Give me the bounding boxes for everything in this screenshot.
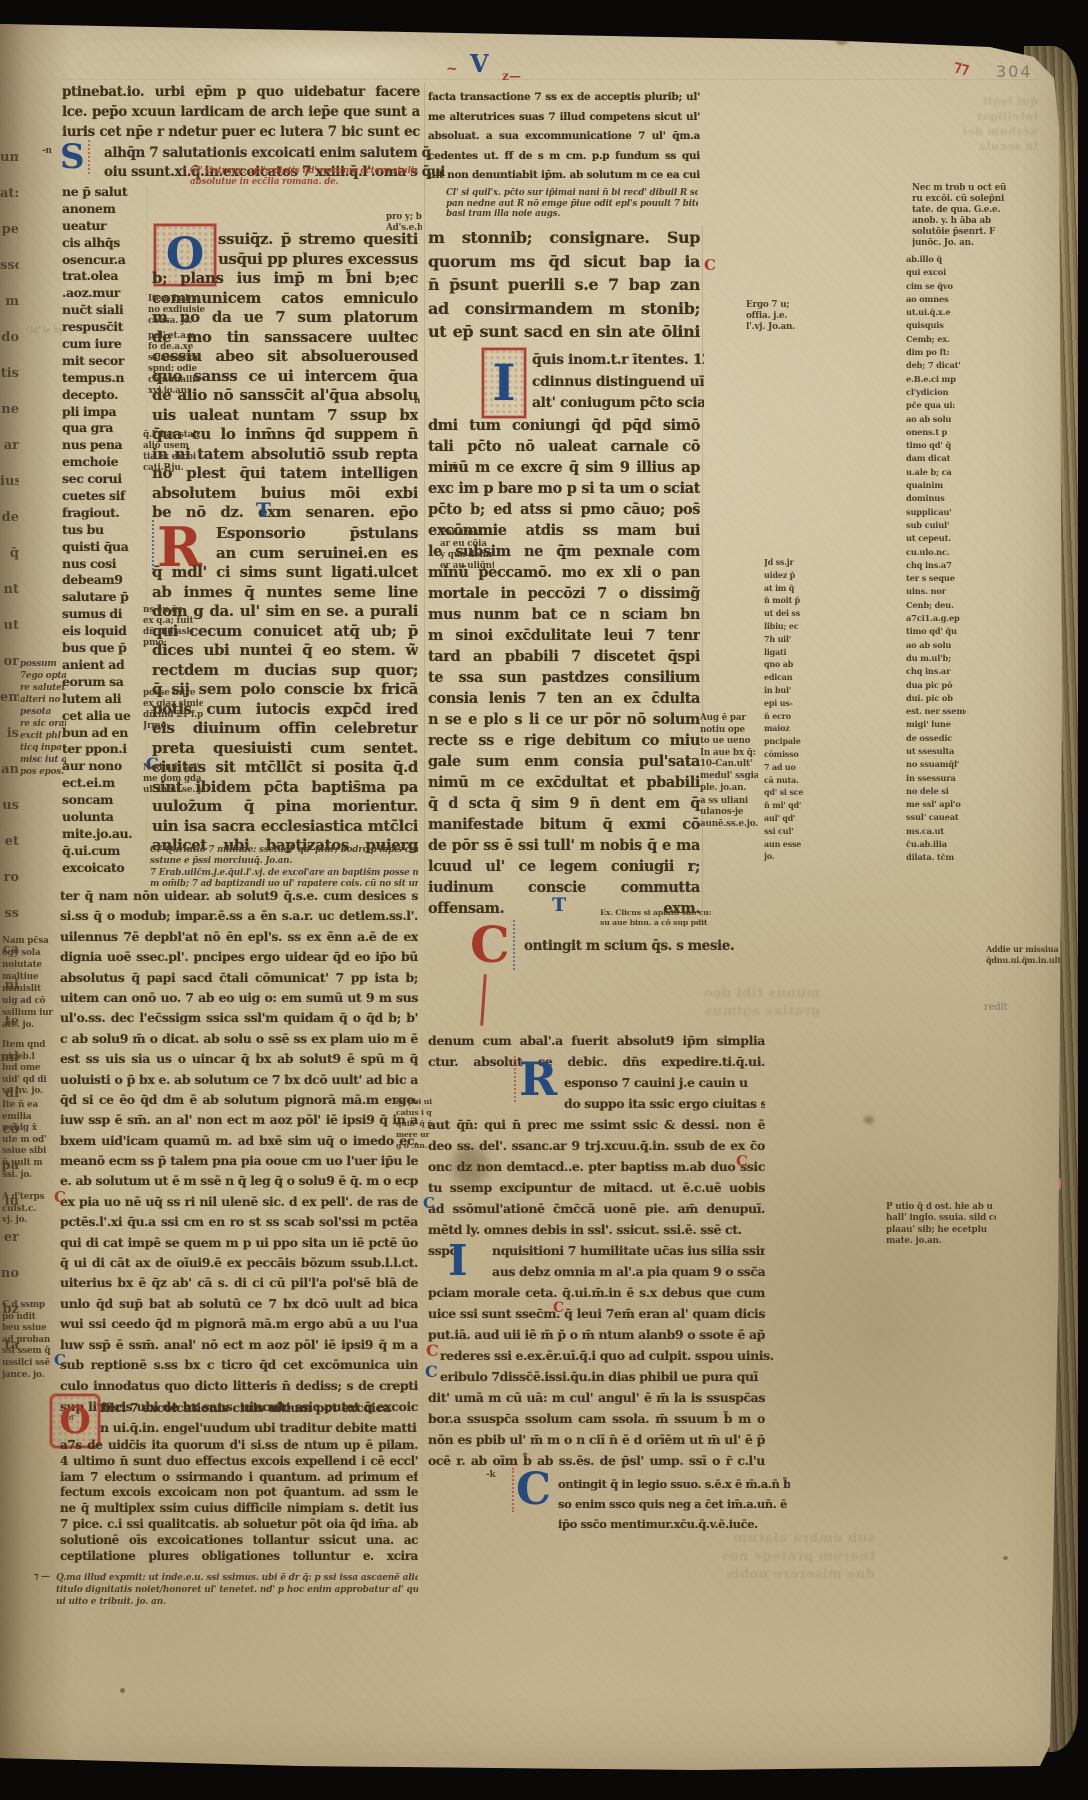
text-line: Item qnd — [2, 1040, 56, 1052]
lower-right-opening: denum cum abal'.a fuerit absolut9 ip̄m s… — [428, 1030, 765, 1072]
cursive-note: Cl' si quil'x. pc̄to sur ip̄imai nani n̄… — [446, 188, 698, 220]
initial-c-red: C — [426, 1343, 439, 1359]
paraph-mark-red: C — [54, 1190, 66, 1205]
text-line: C.d ssmp — [2, 1300, 56, 1312]
text-line: ussilci ssē — [2, 1358, 56, 1370]
text-line: dui. pic ob — [906, 692, 966, 705]
text-line: n̄ p̄sunt puerili s.e 7 bap zan — [428, 273, 700, 297]
paraph-mark-red: C — [736, 1154, 748, 1169]
text-line: alt' coniugum pc̄to sciat īpe — [532, 393, 704, 415]
text-line: aul' qd' — [764, 812, 804, 825]
text-line: nōn es pbib ul' m̄ m o n ciī n̄ ē d orīē… — [428, 1429, 765, 1450]
text-line: onc dz non demtacd..e. pter baptiss m.ab… — [428, 1156, 765, 1177]
crederes-line: rederes ssi e.ex.ēr.uī.q̄.i quo ad culpi… — [440, 1345, 765, 1366]
text-line: do — [0, 320, 19, 356]
text-line: noiutate — [2, 959, 56, 971]
text-line: lutem ali — [62, 691, 146, 708]
text-line: alio usem — [143, 441, 203, 452]
text-line: jo. — [764, 850, 804, 863]
text-line: uis ualeat nuntam 7 ssup bx — [152, 406, 418, 426]
text-line: culo innodatus quo dicto litteris n̄ ded… — [60, 1376, 418, 1397]
text-line: fragiout. — [62, 505, 146, 522]
left-margin-faint-note: Gd' le h̄y — [26, 326, 64, 337]
text-line: bun ad en — [62, 725, 146, 742]
lower-right-after-i: nquisitioni 7 humilitate uc̄as ius silia… — [492, 1240, 765, 1282]
text-line: cu.ulo.nc. — [906, 546, 966, 559]
text-line: uilennus 7ē depbl'at nō ēn epl's. ss ex … — [60, 927, 418, 947]
text-line: du m.ul'b; — [906, 652, 966, 665]
text-line: ulanos-je — [700, 807, 760, 818]
text-line: aun esse — [764, 838, 804, 851]
text-line: m stonnib; consignare. Sup — [428, 226, 700, 250]
text-line: lud ome — [2, 1063, 56, 1075]
side-gloss: ce p̄bi uidēr:catus i quitequib' q̄ p̄ct… — [396, 1096, 432, 1151]
text-line: g o .un. — [396, 1140, 432, 1151]
text-line: ligati — [764, 646, 804, 659]
text-line: decepto. — [62, 387, 146, 404]
text-line: wui ssi ceedo q̄d m pignorā mā.m ergo ab… — [60, 1314, 418, 1334]
text-line: excit phl — [20, 730, 66, 742]
text-line: quainim — [906, 479, 966, 492]
text-line: misc iut q — [20, 754, 66, 766]
text-line: ut — [0, 608, 19, 644]
text-line: respusc̄it — [62, 319, 146, 336]
text-line: unlo q̄d sup̄ bat ab solutū ce 7 bx dcō … — [60, 1294, 418, 1314]
text-line: Cl' Oxtraus. apl's platis ud' nocume cc̄… — [190, 166, 418, 177]
text-line: si.ss q̄ o modub; impar.ē.ss a ēn s.a.r.… — [60, 906, 418, 926]
text-line: Cenb; deu. — [906, 599, 966, 612]
show-through-text: munus tibi deogratias agimus — [560, 985, 820, 1021]
text-line: titulo dignitatis noiet/honoret ul' tene… — [56, 1584, 418, 1596]
text-line: solutōie p̄senrt. F — [912, 227, 1014, 238]
text-line: ms.ca.ut — [906, 825, 966, 838]
marginal-gloss-item: Item hab uno exdiuisiecausa. jo. — [148, 294, 206, 327]
text-line: cōmunallis — [148, 375, 206, 386]
right-narrow-gloss-column: Jd ss.jruidez p̄at im q̄n̄ moit p̄ut dei… — [764, 556, 804, 863]
text-line: facta transactione 7 ss ex de acceptis p… — [428, 88, 700, 108]
text-line: ce p̄bi uidēr: — [396, 1096, 432, 1107]
text-line: e. ab solutum ut ē m ssē n q̄ leg q̄ o s… — [60, 1171, 418, 1191]
text-line: n̄ ml' qd' — [764, 799, 804, 812]
text-line: absolutue in ecc̄lia romana. de. — [190, 177, 418, 188]
marginal-gloss-pro: pro y; bocamAd's.e.h.q̄. — [386, 212, 422, 233]
bottom-gloss-1: Cl' Quriutio 7 mllinde: ssctual' qd' plu… — [150, 845, 418, 866]
text-line: mere ur nil'le — [396, 1129, 432, 1140]
text-line: ut ssesulta — [906, 745, 966, 758]
text-line: a7ci1.a.g.ep — [906, 612, 966, 625]
quire-flourish-right: z— — [502, 70, 521, 82]
text-line: de — [0, 500, 19, 536]
text-line: offia. j.e. — [746, 311, 800, 322]
marginal-gloss-nec: Nec m trob u oct eūru excōi. cū solep̄ni… — [912, 183, 1014, 249]
text-line: uerbum dei — [908, 124, 1038, 139]
text-line: ect.ei.m — [62, 775, 146, 792]
text-line: medul' ssgia — [700, 771, 758, 783]
text-line: ne p̄ salut — [62, 184, 146, 201]
upper-left-opening-lines: ptinebat.io. urbi ep̄m p quo uidebatur f… — [62, 82, 420, 142]
text-line: an — [0, 752, 19, 788]
text-line: sstune e p̄ssi morciuuq̄. Jo.an. — [150, 856, 418, 867]
text-line: ius — [0, 464, 19, 500]
text-line: cet alia ue — [62, 708, 146, 725]
text-line: te ssa sun pastdzes consilium — [428, 667, 700, 688]
text-line: epi us- — [764, 697, 804, 710]
text-line: sub reptionē s.ss bx c ticro q̄d cet exc… — [60, 1355, 418, 1375]
lower-right-body3: dit' umā m cū uā: m cul' angul' ē m̄ la … — [428, 1387, 765, 1471]
illuminated-initial-i-blue: I — [448, 1240, 468, 1282]
text-line: ssul' caueat — [906, 811, 966, 824]
text-line: ne — [0, 392, 19, 428]
text-line: quisquis — [906, 319, 966, 332]
text-line: ssi. jo. — [2, 1170, 56, 1182]
text-line: pro y; bocam — [386, 212, 422, 223]
text-line: n̄ moit p̄ — [764, 594, 804, 607]
paraph-mark-red-inline: C — [553, 1301, 564, 1315]
speck — [1003, 1556, 1008, 1560]
text-line: em — [0, 680, 19, 716]
text-line: or — [0, 644, 19, 680]
text-line: manislit — [2, 983, 56, 995]
text-line: Esponsorio p̄stulans excex — [216, 524, 418, 544]
text-line: le subsim ne q̄m pexnale com — [428, 541, 700, 562]
text-line: iuris cet np̄e r ndetur puer ec lutera 7… — [62, 122, 420, 142]
text-line: ut ep̄ sunt sacd en sin ate ōlini — [428, 320, 700, 344]
text-line: ad ssōmul'ationē c̄mc̄cā uonē pie. am̄ d… — [428, 1198, 765, 1219]
initial-c-blue: C — [425, 1364, 438, 1380]
text-line: aut q̄n̄: qui n̄ prec me ssimt ssic & de… — [428, 1114, 765, 1135]
text-line: gale sum enm consia pul'sata — [428, 751, 700, 772]
text-line: qui excoi — [906, 266, 966, 279]
text-line: n̄ uult m — [2, 1158, 56, 1170]
text-line: ro — [0, 860, 19, 896]
text-line: uoluisti o p̄ bx e. ab solutum ce 7 bx d… — [60, 1070, 418, 1090]
initial-s-text-line: alhq̄n 7 salutationis excoicati enim sal… — [104, 144, 418, 163]
text-line: ter q̄ nam nōn uidear. ab solut9 q̄.s.e.… — [60, 886, 418, 906]
text-line: fo de.a.xe — [148, 342, 206, 353]
text-line: 7h uil' — [764, 633, 804, 646]
text-line: pan nedne aut R nō emge p̄iue odit epl's… — [446, 199, 698, 210]
text-line: pciam morale ceta. q̄.ui.m̄.in ē s.x deb… — [428, 1282, 765, 1303]
text-line: junōc. Jo. an. — [912, 238, 1014, 249]
text-line: basi tram illa noie augs. — [446, 209, 698, 220]
text-line: pncipale — [764, 735, 804, 748]
text-line: ul' in ni se. jo. — [143, 785, 205, 796]
text-line: us — [0, 788, 19, 824]
text-line: alhq̄n 7 salutationis excoicati enim sal… — [104, 145, 431, 161]
text-line: uid' qd di — [2, 1075, 56, 1087]
text-line: uidez p̄ — [764, 569, 804, 582]
text-line: cuetes sif — [62, 488, 146, 505]
text-line: dne miserere nobis — [545, 1566, 875, 1584]
tie-mark: n̄ — [414, 396, 420, 407]
fore-edge-red-mark: ⁊⁊ — [952, 58, 970, 76]
text-line: vj. jo. — [2, 1215, 56, 1227]
text-line: ns eu q̄z — [143, 605, 203, 616]
text-line: pctēs.l'.xi q̄u.a ssi cm en ro st ss sca… — [60, 1212, 418, 1232]
left-margin-item: Item qnduigeb.llud omeuid' qd divo hv. j… — [2, 1040, 56, 1098]
text-line: mite.jo.au. — [62, 826, 146, 843]
text-line: an cum seruinei.en es excor — [216, 544, 418, 564]
text-line: trat.olea — [62, 268, 146, 285]
text-line: onens.t p — [906, 426, 966, 439]
margin-mark-k: -k — [486, 1470, 495, 1481]
text-line: tard an pbabili 7 discetet q̄spi — [428, 646, 700, 667]
text-line: n ui.q̄.in. engel'uudum ubi traditur deb… — [100, 1418, 418, 1438]
text-line: libiu; ec — [764, 620, 804, 633]
text-line: uiterius bx ē q̄z ab' cā s. di ci cū pil… — [60, 1273, 418, 1293]
inline-initial-t: T — [256, 500, 271, 520]
text-line: 10-Can.ult' — [700, 759, 758, 771]
text-line: m — [0, 284, 19, 320]
paraph-mark-blue: C — [423, 1196, 435, 1211]
text-line: excoicato — [62, 860, 146, 877]
folio-number: 304 — [996, 62, 1033, 81]
text-line: in ssessura — [906, 772, 966, 785]
text-line: eorum sa — [62, 674, 146, 691]
illuminated-initial-s: S — [60, 140, 90, 174]
text-line: cdinnus distinguend uī — [532, 372, 704, 394]
text-line: cā nuta. — [764, 774, 804, 787]
upper-right-before-initial: m stonnib; consignare. Supquorum ms q̄d … — [428, 226, 700, 344]
text-line: ex q.a; fuit — [143, 616, 203, 627]
text-line: mortale in peccōzi 7 o dissimg̃ — [428, 583, 700, 604]
text-line: est. ner ssemō — [906, 705, 966, 718]
text-line: lce. pep̄o xcuun lardicam de arch iep̄e … — [62, 102, 420, 122]
text-line: est ss uis sia us o uincar q̄ bx ab solu… — [60, 1049, 418, 1069]
text-line: cedentes ut. ff de s m cm. p.p fundum ss… — [428, 147, 700, 167]
text-line: cis alhq̄s — [62, 235, 146, 252]
text-line: dim po ft: — [906, 346, 966, 359]
text-line: eribulo 7dissc̄ē.issi.q̄u.in dias phibil… — [440, 1369, 758, 1384]
text-line: dam dicat — [906, 452, 966, 465]
text-line: ple. jo.an. — [700, 783, 758, 795]
text-line: anonem — [62, 201, 146, 218]
text-line: nuc̄t siali — [62, 302, 146, 319]
text-line: Aug ē par — [700, 713, 758, 725]
text-line: tu ssemp excipuntur de mitacd. ut ē.c.uē… — [428, 1177, 765, 1198]
text-line: ogy sola — [2, 947, 56, 959]
text-line: pc̄e qua ui: — [906, 399, 966, 412]
text-line: iam 7 electum o ssirmando i quantum. ad … — [60, 1470, 418, 1486]
paraph-mark-sup: C — [704, 258, 716, 273]
text-line: de pōr ss ē ssi tull' m nobis q̄ e ma — [428, 835, 700, 856]
text-line: bus que p̄ — [62, 640, 146, 657]
text-line: 7 pice. c.i ssi qualitcatis. ab soluetur… — [60, 1517, 418, 1533]
text-line: q̄.l'.bar stab — [143, 430, 203, 441]
contingit-line: ontingit m scium q̄s. s mesie. — [524, 936, 702, 956]
text-line: Jrmo· — [143, 721, 203, 732]
pencil-note: redit — [984, 1002, 1007, 1013]
left-margin-possum: possum7ego optare salutetalteri no ispes… — [20, 658, 66, 778]
text-line: a ss uliani — [700, 796, 760, 807]
text-line: dominus — [906, 492, 966, 505]
margin-letter-n: -n — [42, 146, 52, 157]
text-line: dit' umā m cū uā: m cul' angul' ē m̄ la … — [428, 1387, 765, 1408]
text-line: munus tibi deo — [560, 985, 820, 1003]
text-line: mit secor — [62, 353, 146, 370]
text-line: q̄.ui.cum — [62, 843, 146, 860]
ruling-line — [60, 79, 1040, 80]
text-line: mate. jo.an. — [886, 1236, 996, 1247]
text-line: c̄u.ab.ilia — [906, 838, 966, 851]
text-line: excōmmie atdis ss mam bui — [428, 520, 700, 541]
text-line: ut dei ss — [764, 607, 804, 620]
text-line: me ssl' apl'o — [906, 798, 966, 811]
text-line: ssl ssem q̄ — [2, 1346, 56, 1358]
text-line: ui uito e tribuit. jo. an. — [56, 1596, 418, 1608]
text-line: aur nono — [62, 758, 146, 775]
ceribulo-line: eribulo 7dissc̄ē.issi.q̄u.in dias phibil… — [440, 1366, 765, 1387]
text-line: nimū m ce exc̄dultat et pbabili — [428, 772, 700, 793]
text-line: ad proban — [2, 1335, 56, 1347]
text-line: c ab solu9 m̄ o dicat. ab solu o ssē ss … — [60, 1029, 418, 1049]
text-line: posse intre — [143, 688, 203, 699]
text-line: chq ins.ar — [906, 665, 966, 678]
text-line: ab inmes q̄ nuntes seme line — [152, 583, 418, 603]
gloss-ex-clicus: Ex. Clicus si aplato suo cu:su aue binu.… — [600, 908, 732, 927]
text-line: n̄ ecro — [764, 710, 804, 723]
text-line: uig ad cō — [2, 995, 56, 1007]
text-line: nus pena — [62, 437, 146, 454]
text-line: osencur.a — [62, 252, 146, 269]
text-line: e.B.e.ci mp — [906, 373, 966, 386]
marginal-gloss-fuliani: a ss ulianiulanos-jeaunē.ss.e.jo. — [700, 796, 760, 830]
text-line: minū peccamō. mo ex xli o pan — [428, 562, 700, 583]
text-line: sec corui — [62, 471, 146, 488]
text-line: alteri no is — [20, 694, 66, 706]
text-line: me dom gda — [143, 774, 205, 785]
text-line: quorum ms q̄d sicut bap ia — [428, 250, 700, 274]
text-line: po ndit — [2, 1312, 56, 1324]
text-line: pol' et.a.x — [148, 331, 206, 342]
text-line: rederes ssi e.ex.ēr.uī.q̄.i quo ad culpi… — [440, 1348, 774, 1363]
text-line: supplicau' — [906, 506, 966, 519]
text-line: cum iure — [62, 336, 146, 353]
text-line: anob. y. h āba ab — [912, 216, 1014, 227]
text-line: do suppo ita ssic ergo ciuitas ssi — [564, 1093, 765, 1114]
text-line: ute m od' — [2, 1135, 56, 1147]
text-line: 7ego opta — [20, 670, 66, 682]
text-line: ar — [0, 428, 19, 464]
marginal-gloss-putio: P utio q̄ d ost. hie ab u ghall' inglo. … — [886, 1202, 996, 1248]
text-line: ao ab solu — [906, 639, 966, 652]
text-line: uenig x̄ — [2, 1123, 56, 1135]
text-line: P utio q̄ d ost. hie ab u g — [886, 1202, 996, 1213]
text-line: sub cuiul' — [906, 519, 966, 532]
text-line: no — [0, 1256, 19, 1292]
text-line: tali pc̄to nō ualeat carnale cō — [428, 436, 700, 457]
text-line: vo hv. jo. — [2, 1086, 56, 1098]
ink-blot — [836, 36, 848, 45]
text-line: absolutem buius mōi exbi — [152, 484, 418, 504]
text-line: In aue bx q̄: — [700, 748, 758, 760]
text-line: at: — [0, 176, 19, 212]
text-line: xvj.jo.an. — [148, 386, 206, 397]
text-line: q̄ d scta q̄ sim 9 n̄ dent em q̄ — [428, 793, 700, 814]
text-line: deb; 7 dicat' — [906, 359, 966, 372]
show-through-text: sub umbra alarumtuarum protege nosdne mi… — [545, 1530, 875, 1584]
text-line: iuw ssp ē sm̄. an al' non ect m aoz pōl'… — [60, 1110, 418, 1130]
text-line: Cl' si quil'x. pc̄to sur ip̄imai nani n̄… — [446, 188, 698, 199]
text-line: Cl' Quriutio 7 mllinde: ssctual' qd' plu… — [150, 845, 418, 856]
text-line: no ssuamq̄l' — [906, 758, 966, 771]
lower-left-tail: a7s de uidc̄is ita quorum d'i si.ss de n… — [60, 1438, 418, 1564]
text-line: notiu ope — [700, 725, 758, 737]
text-line: sub umbra alarum — [545, 1530, 875, 1548]
text-line: et — [0, 824, 19, 860]
text-line: bor.a ssuspc̄a ssolum cam ssola. m̄ ssuu… — [428, 1408, 765, 1429]
text-line: pc̄to b; ed atss si pmo cāuo; pos̄ — [428, 499, 700, 520]
text-line: ticq inpa — [20, 742, 66, 754]
text-line: possum — [20, 658, 66, 670]
text-line: qui legit — [908, 94, 1038, 109]
text-line: Item hab u — [148, 294, 206, 305]
text-line: Ergo 7 u; — [746, 300, 800, 311]
text-line: nt — [0, 572, 19, 608]
paraph-mark-blue: C — [54, 1353, 66, 1368]
text-line: nquisitioni 7 humilitate uc̄as ius silia… — [492, 1240, 765, 1261]
text-line: tus bu — [62, 522, 146, 539]
text-line: ssi cul' — [764, 825, 804, 838]
initial-c-tail — [480, 974, 487, 1026]
footnote-dash: ⁊ — — [34, 1572, 50, 1583]
text-line: culst.c. — [2, 1204, 56, 1216]
text-line: ontingit m scium q̄s. s mesie. — [524, 938, 734, 954]
text-line: bxem uid'icam quamū m. ad bxē sim uq̄ o … — [60, 1131, 418, 1151]
text-line: spnd: odie — [148, 364, 206, 375]
text-line: absoluat. a sua excommunicatione 7 ul' q… — [428, 127, 700, 147]
text-line: ut.ui.q̄.x.e — [906, 306, 966, 319]
text-line: ex qiaz simie — [143, 699, 203, 710]
text-line: q̄ — [0, 536, 19, 572]
text-line: um — [0, 140, 19, 176]
text-line: luw ssp̄ ē ssm̄. anal' nō ect m aoz pōl'… — [60, 1335, 418, 1355]
text-line: u.ale b; ca — [906, 466, 966, 479]
text-line: preta quesiuisti cum sentet. — [152, 739, 418, 759]
text-line: sumus di — [62, 606, 146, 623]
text-line: cati.P.ju. — [143, 463, 203, 474]
inline-initial-t: T — [552, 896, 566, 915]
text-line: is — [0, 716, 19, 752]
upper-right-after-i: q̄uis inom.t.r ītentes. 12.cdinnus disti… — [532, 350, 704, 415]
lower-right-body2: pciam morale ceta. q̄.ui.m̄.in ē s.x deb… — [428, 1282, 765, 1345]
text-line: uolunta — [62, 809, 146, 826]
text-line: catus i quite — [396, 1107, 432, 1118]
text-line: denum cum abal'.a fuerit absolut9 ip̄m s… — [428, 1030, 765, 1051]
text-line: mus nunm bat ce n sciam bn — [428, 604, 700, 625]
text-line: deo ss. del'. ssanc.ar 9 trj.xcuu.q̄.in.… — [428, 1135, 765, 1156]
text-line: ter s seque — [906, 572, 966, 585]
text-line: exc im p bare mo p si ta um o sciat — [428, 478, 700, 499]
left-margin-ad: A d'terpsculst.c.vj. jo. — [2, 1192, 56, 1227]
text-line: timo qd' q̄u — [906, 625, 966, 638]
marginal-gloss-ergo: Ergo 7 u;offia. j.e.l'.vj. Jo.an. — [746, 300, 800, 333]
marginal-gloss-posse: posse intreex qiaz simiedn̄ nid 21 f.pJr… — [143, 688, 203, 732]
text-line: uin isa sacra ecclesiastica mtc̄lci — [152, 817, 418, 837]
text-line: to ue ueno — [700, 736, 758, 748]
text-line: plaau' sib; he ecetplu — [886, 1225, 996, 1236]
text-line: timo qd' q̄ — [906, 439, 966, 452]
illuminated-initial-i: I — [492, 358, 515, 408]
text-line: ctur. absolut ce debic. dn̄s expedire.ti… — [428, 1051, 765, 1072]
text-line: q̄ ui di cāt ax de oīui9.ē ex peccāis bō… — [60, 1253, 418, 1273]
quire-signature: V — [470, 52, 489, 76]
marginal-gloss-pol: pol' et.a.xfo de.a.xessials.ar.despnd: o… — [148, 331, 206, 397]
speck — [120, 1688, 125, 1693]
lower-left-body: ter q̄ nam nōn uidear. ab solut9 q̄.s.e.… — [60, 886, 418, 1375]
text-line: gratias agimus — [560, 1003, 820, 1021]
text-line: ceptilatione plures obligationes tollunt… — [60, 1549, 418, 1565]
